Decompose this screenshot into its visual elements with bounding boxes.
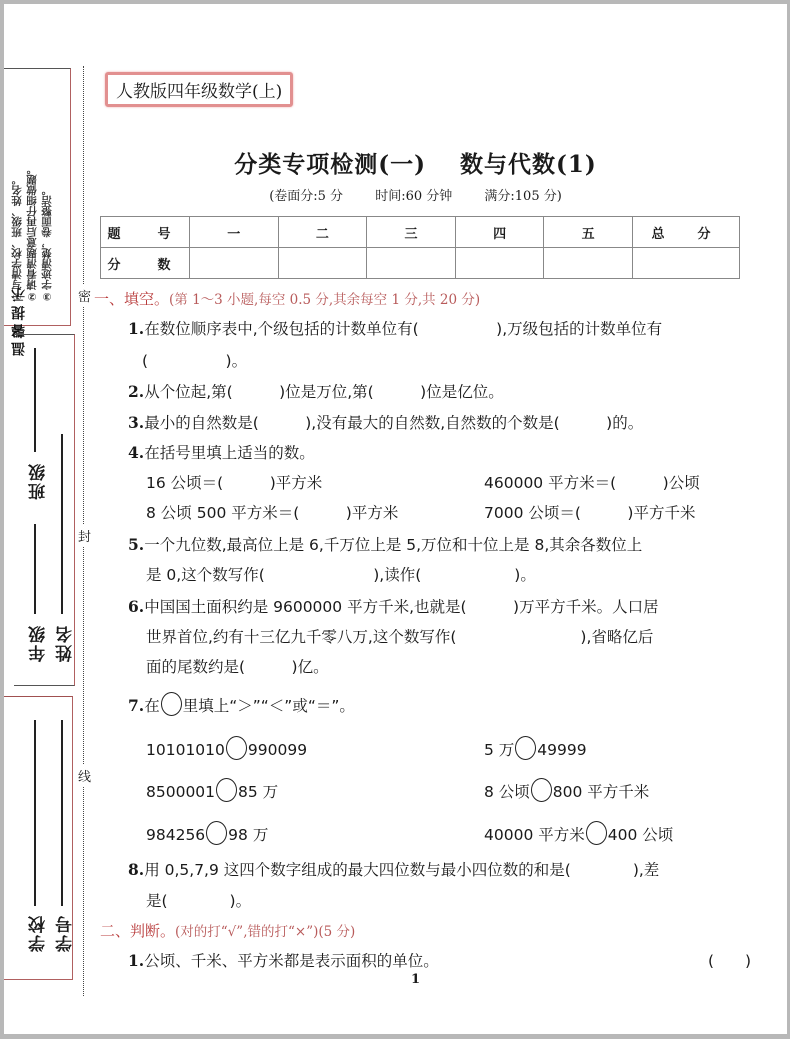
seal-mark-mi: 密 bbox=[78, 284, 91, 307]
q7-item-2: 5 万49999 bbox=[484, 736, 587, 760]
page-number: 1 bbox=[4, 972, 787, 987]
q4-item-2: 460000 平方米＝( )公顷 bbox=[484, 471, 700, 493]
q7-left: 40000 平方米 bbox=[484, 826, 585, 844]
compare-circle[interactable] bbox=[531, 778, 552, 802]
q7-left: 10101010 bbox=[146, 741, 225, 759]
question-6-cont-2: 面的尾数约是( )亿。 bbox=[146, 655, 329, 677]
score-part-1[interactable] bbox=[190, 248, 279, 279]
circle-icon bbox=[161, 692, 182, 716]
q7-right: 49999 bbox=[537, 741, 586, 759]
q6-text: 中国国土面积约是 9600000 平方千米,也就是( )万平方千米。人口居 bbox=[144, 598, 658, 616]
q7-left: 5 万 bbox=[484, 741, 514, 759]
seal-mark-xian: 线 bbox=[78, 764, 91, 787]
grade-label: 年级 bbox=[26, 624, 51, 662]
judge-question-1: 1.公顷、千米、平方米都是表示面积的单位。 bbox=[128, 949, 439, 971]
judge-q1-answer[interactable]: ( ) bbox=[708, 949, 751, 971]
score-part-3[interactable] bbox=[367, 248, 456, 279]
cell-question-number-label: 题 号 bbox=[101, 217, 190, 248]
grade-field[interactable] bbox=[34, 524, 36, 614]
q-number: 4. bbox=[128, 443, 144, 462]
question-7: 7.在里填上“＞”“＜”或“＝”。 bbox=[128, 692, 355, 716]
class-label: 班级 bbox=[26, 462, 51, 500]
q-number: 7. bbox=[128, 696, 144, 715]
section-2-heading: 二、判断。(对的打“√”,错的打“×”)(5 分) bbox=[100, 920, 355, 941]
q4-item-4: 7000 公顷＝( )平方千米 bbox=[484, 501, 695, 523]
q1-text: 在数位顺序表中,个级包括的计数单位有( ),万级包括的计数单位有 bbox=[144, 320, 662, 338]
cell-part-4: 四 bbox=[455, 217, 544, 248]
q5-text: 一个九位数,最高位上是 6,千万位上是 5,万位和十位上是 8,其余各数位上 bbox=[144, 536, 642, 554]
q-number: 3. bbox=[128, 413, 144, 432]
exam-meta: (卷面分:5 分 时间:60 分钟 满分:105 分) bbox=[4, 185, 787, 204]
q-number: 8. bbox=[128, 860, 144, 879]
school-field[interactable] bbox=[34, 720, 36, 906]
student-id-field[interactable] bbox=[61, 720, 63, 906]
school-label: 学校 bbox=[26, 914, 51, 952]
q4-text: 在括号里填上适当的数。 bbox=[144, 444, 315, 462]
q3-text: 最小的自然数是( ),没有最大的自然数,自然数的个数是( )的。 bbox=[144, 414, 643, 432]
score-total[interactable] bbox=[633, 248, 740, 279]
q4-item-1: 16 公顷＝( )平方米 bbox=[146, 471, 322, 493]
neatness-score: (卷面分:5 分 bbox=[269, 189, 343, 204]
q8-text: 用 0,5,7,9 这四个数字组成的最大四位数与最小四位数的和是( ),差 bbox=[144, 861, 659, 879]
q7-item-3: 850000185 万 bbox=[146, 778, 278, 802]
question-5-cont: 是 0,这个数写作( ),读作( )。 bbox=[146, 563, 536, 585]
compare-circle[interactable] bbox=[586, 821, 607, 845]
compare-circle[interactable] bbox=[216, 778, 237, 802]
judge-q1-text: 公顷、千米、平方米都是表示面积的单位。 bbox=[144, 952, 439, 970]
question-4: 4.在括号里填上适当的数。 bbox=[128, 441, 315, 463]
score-part-4[interactable] bbox=[455, 248, 544, 279]
q7-post: 里填上“＞”“＜”或“＝”。 bbox=[183, 697, 355, 715]
q7-pre: 在 bbox=[144, 697, 160, 715]
exam-page: ①写清学校、班级、姓名。 ②请看清题意后再仔细做题。 ③字迹清楚，卷面整洁。 温… bbox=[4, 4, 787, 1034]
question-1: 1.在数位顺序表中,个级包括的计数单位有( ),万级包括的计数单位有 bbox=[128, 317, 662, 339]
section-1-heading: 一、填空。(第 1～3 小题,每空 0.5 分,其余每空 1 分,共 20 分) bbox=[94, 288, 480, 309]
q-number: 5. bbox=[128, 535, 144, 554]
question-3: 3.最小的自然数是( ),没有最大的自然数,自然数的个数是( )的。 bbox=[128, 411, 643, 433]
class-field[interactable] bbox=[34, 348, 36, 452]
score-part-5[interactable] bbox=[544, 248, 633, 279]
question-5: 5.一个九位数,最高位上是 6,千万位上是 5,万位和十位上是 8,其余各数位上 bbox=[128, 533, 642, 555]
title-part-2: 数与代数(1) bbox=[460, 151, 597, 178]
score-part-2[interactable] bbox=[278, 248, 367, 279]
q7-left: 8500001 bbox=[146, 783, 215, 801]
score-table-score-row: 分 数 bbox=[101, 248, 740, 279]
page-title: 分类专项检测(一)数与代数(1) bbox=[4, 146, 787, 179]
edition-label: 人教版四年级数学(上) bbox=[105, 72, 293, 107]
time-limit: 时间:60 分钟 bbox=[375, 189, 452, 204]
score-table: 题 号 一 二 三 四 五 总 分 分 数 bbox=[100, 216, 740, 279]
compare-circle[interactable] bbox=[226, 736, 247, 760]
cell-score-label: 分 数 bbox=[101, 248, 190, 279]
compare-circle[interactable] bbox=[206, 821, 227, 845]
q7-item-5: 98425698 万 bbox=[146, 821, 268, 845]
q-number: 1. bbox=[128, 951, 144, 970]
q7-right: 400 公顷 bbox=[608, 826, 674, 844]
q7-left: 8 公顷 bbox=[484, 783, 530, 801]
q-number: 1. bbox=[128, 319, 144, 338]
q-number: 6. bbox=[128, 597, 144, 616]
section-1-title: 一、填空。 bbox=[94, 290, 169, 308]
question-2: 2.从个位起,第( )位是万位,第( )位是亿位。 bbox=[128, 380, 504, 402]
cell-part-2: 二 bbox=[278, 217, 367, 248]
score-table-header-row: 题 号 一 二 三 四 五 总 分 bbox=[101, 217, 740, 248]
section-1-note: (第 1～3 小题,每空 0.5 分,其余每空 1 分,共 20 分) bbox=[169, 292, 480, 308]
q4-item-3: 8 公顷 500 平方米＝( )平方米 bbox=[146, 501, 398, 523]
name-field[interactable] bbox=[61, 434, 63, 614]
q7-item-4: 8 公顷800 平方千米 bbox=[484, 778, 649, 802]
section-2-title: 二、判断。 bbox=[100, 922, 175, 940]
question-8-cont: 是( )。 bbox=[146, 889, 251, 911]
cell-part-1: 一 bbox=[190, 217, 279, 248]
student-id-label: 学号 bbox=[53, 914, 78, 952]
compare-circle[interactable] bbox=[515, 736, 536, 760]
q7-right: 990099 bbox=[248, 741, 307, 759]
title-part-1: 分类专项检测(一) bbox=[234, 151, 426, 178]
q-number: 2. bbox=[128, 382, 144, 401]
q7-right: 800 平方千米 bbox=[553, 783, 650, 801]
cell-part-3: 三 bbox=[367, 217, 456, 248]
q7-item-6: 40000 平方米400 公顷 bbox=[484, 821, 673, 845]
section-2-note: (对的打“√”,错的打“×”)(5 分) bbox=[175, 924, 355, 940]
cell-total-label: 总 分 bbox=[633, 217, 740, 248]
question-6: 6.中国国土面积约是 9600000 平方千米,也就是( )万平方千米。人口居 bbox=[128, 595, 659, 617]
question-6-cont-1: 世界首位,约有十三亿九千零八万,这个数写作( ),省略亿后 bbox=[146, 625, 653, 647]
question-8: 8.用 0,5,7,9 这四个数字组成的最大四位数与最小四位数的和是( ),差 bbox=[128, 858, 659, 880]
cell-part-5: 五 bbox=[544, 217, 633, 248]
q7-right: 98 万 bbox=[228, 826, 268, 844]
name-label: 姓名 bbox=[53, 624, 78, 662]
seal-mark-feng: 封 bbox=[78, 524, 91, 547]
q7-left: 984256 bbox=[146, 826, 205, 844]
question-1-cont: ( )。 bbox=[142, 349, 247, 371]
q7-right: 85 万 bbox=[238, 783, 278, 801]
full-score: 满分:105 分) bbox=[484, 189, 561, 204]
q7-item-1: 10101010990099 bbox=[146, 736, 307, 760]
q2-text: 从个位起,第( )位是万位,第( )位是亿位。 bbox=[144, 383, 504, 401]
